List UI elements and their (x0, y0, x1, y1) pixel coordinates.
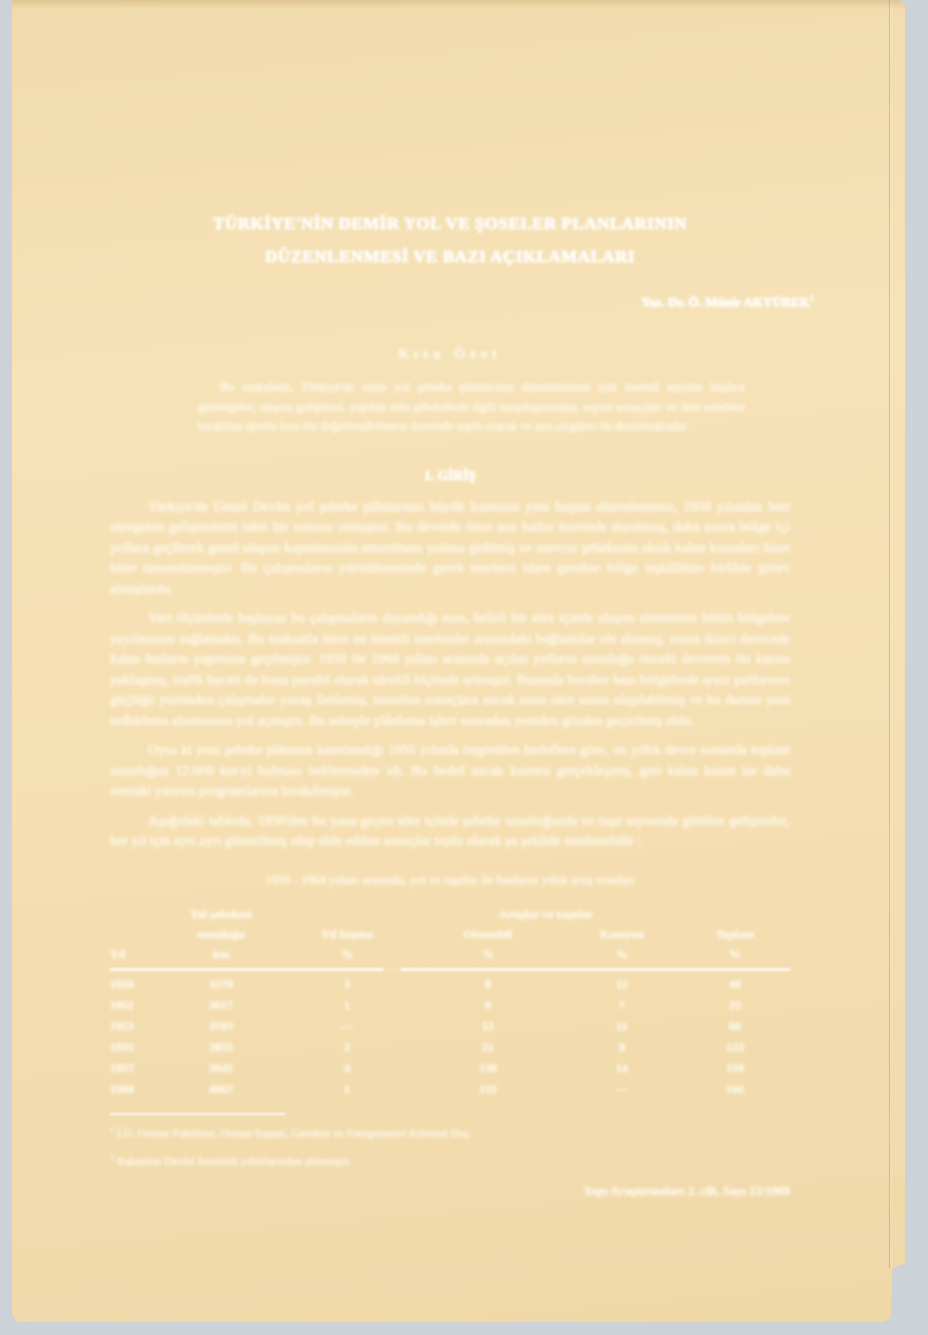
value-cell: — (564, 1079, 680, 1100)
body-paragraph-1: Türkiye'de Genel Devlet yol şebeke plânl… (110, 498, 790, 601)
value-cell: 1 (282, 995, 412, 1016)
value-cell: 9 (564, 1037, 680, 1058)
pct-unit-c6: % (680, 944, 790, 964)
table-group-header-row: Yol şebekesi Artışlar ve taşıtlar (110, 904, 790, 924)
table-header-rule (110, 968, 790, 971)
article-title-line1: TÜRKİYE'NİN DEMİR YOL VE ŞOSELER PLANLAR… (110, 207, 790, 240)
value-cell: 3 (282, 974, 412, 995)
km-cell: 3578 (160, 974, 282, 995)
table-caption: 1950 - 1964 yılları arasında, yol ve taş… (110, 873, 790, 888)
value-cell: 40 (680, 974, 790, 995)
km-cell: 3945 (160, 1058, 282, 1079)
pct-unit-c5: % (564, 944, 680, 964)
value-cell: 66 (680, 1016, 790, 1037)
col6-header: Toplam (680, 924, 790, 944)
empty-cell (282, 904, 412, 924)
value-cell: 8 (412, 974, 564, 995)
footnote-1-text: İ.Ü. Orman Fakültesi, Orman İnşaatı, Geo… (117, 1128, 473, 1140)
table-row: 1953 3703 — 12 11 66 (110, 1016, 790, 1037)
km-unit-label: km (160, 944, 282, 964)
km-cell: 4067 (160, 1079, 282, 1100)
author-line: Yaz. Dr. Ö. Münir AKYÜREK1 (110, 294, 814, 310)
table-unit-row: Yıl km % % % % (110, 944, 790, 964)
right-group-header: Artışlar ve taşıtlar (412, 904, 680, 924)
year-cell: 1950 (110, 974, 160, 995)
footnote-2: 2 Rakamlar Devlet İstatistik yıllıkların… (110, 1149, 790, 1171)
left-group-header-line2: uzunluğu (160, 924, 282, 944)
col5-header: Kamyon (564, 924, 680, 944)
value-cell: 7 (564, 995, 680, 1016)
page-crease-line (889, 0, 890, 1268)
pct-unit-c4: % (412, 944, 564, 964)
section-heading-giris: 1. GİRİŞ (110, 468, 790, 484)
footnote-1-mark: 1 (110, 1125, 114, 1134)
footnote-2-text: Rakamlar Devlet İstatistik yıllıklarında… (117, 1155, 352, 1167)
value-cell: 12 (412, 1016, 564, 1037)
author-name: Yaz. Dr. Ö. Münir AKYÜREK (641, 294, 810, 309)
year-cell: 1955 (110, 1037, 160, 1058)
year-cell: 1953 (110, 1016, 160, 1037)
value-cell: 25 (680, 995, 790, 1016)
paper-sheet: TÜRKİYE'NİN DEMİR YOL VE ŞOSELER PLANLAR… (12, 0, 905, 1322)
value-cell: 9 (412, 995, 564, 1016)
km-cell: 3855 (160, 1037, 282, 1058)
table-row: 1960 4067 1 155 — 166 (110, 1079, 790, 1100)
col4-header: Otomobil (412, 924, 564, 944)
body-paragraph-4: Aşağıdaki tabloda, 1950'den bu yana geçe… (110, 812, 790, 853)
paper-specks (12, 0, 14, 2)
author-footnote-mark: 1 (810, 294, 814, 303)
empty-cell (110, 904, 160, 924)
value-cell: 4 (282, 1058, 412, 1079)
body-paragraph-3: Oysa ki yeni şebeke plânının hazırlandığ… (110, 741, 790, 803)
left-group-header-line1: Yol şebekesi (160, 904, 282, 924)
value-cell: — (282, 1016, 412, 1037)
body-paragraph-2: Yurt ölçüsünde başlayan bu çalışmaların … (110, 609, 790, 732)
abstract-heading: Kısa Özet (110, 347, 790, 363)
article-title-line2: DÜZENLENMESİ VE BAZI AÇIKLAMALARI (110, 240, 790, 273)
empty-cell (110, 924, 160, 944)
value-cell: 21 (412, 1037, 564, 1058)
value-cell: 12 (564, 974, 680, 995)
article-content: TÜRKİYE'NİN DEMİR YOL VE ŞOSELER PLANLAR… (110, 0, 790, 1199)
year-cell: 1960 (110, 1079, 160, 1100)
statistics-table: Yol şebekesi Artışlar ve taşıtlar uzunlu… (110, 904, 790, 1100)
table-subheader-row: uzunluğu Yıl başına Otomobil Kamyon Topl… (110, 924, 790, 944)
table-row: 1955 3855 2 21 9 123 (110, 1037, 790, 1058)
value-cell: 11 (564, 1016, 680, 1037)
value-cell: 155 (412, 1079, 564, 1100)
year-cell: 1957 (110, 1058, 160, 1079)
footnote-rule (110, 1113, 285, 1115)
value-cell: 123 (680, 1037, 790, 1058)
table-row: 1950 3578 3 8 12 40 (110, 974, 790, 995)
value-cell: 159 (680, 1058, 790, 1079)
table-row: 1957 3945 4 130 14 159 (110, 1058, 790, 1079)
article-title: TÜRKİYE'NİN DEMİR YOL VE ŞOSELER PLANLAR… (110, 207, 790, 273)
value-cell: 1 (282, 1079, 412, 1100)
value-cell: 14 (564, 1058, 680, 1079)
year-column-label: Yıl (110, 944, 160, 964)
scanned-page: TÜRKİYE'NİN DEMİR YOL VE ŞOSELER PLANLAR… (0, 0, 928, 1335)
journal-citation: Yapı Araştırmaları 2. cilt, Sayı 23/1969 (110, 1184, 790, 1199)
km-cell: 3617 (160, 995, 282, 1016)
pct-unit-c3: % (282, 944, 412, 964)
value-cell: 2 (282, 1037, 412, 1058)
footnote-1: 1 İ.Ü. Orman Fakültesi, Orman İnşaatı, G… (110, 1121, 790, 1143)
empty-cell (680, 904, 790, 924)
col3-header: Yıl başına (282, 924, 412, 944)
footnote-2-mark: 2 (110, 1153, 114, 1162)
year-cell: 1951 (110, 995, 160, 1016)
value-cell: 130 (412, 1058, 564, 1079)
value-cell: 166 (680, 1079, 790, 1100)
abstract-paragraph: Bu makalede, Türkiye'de uzun yol şebeke … (198, 378, 745, 437)
table-row: 1951 3617 1 9 7 25 (110, 995, 790, 1016)
km-cell: 3703 (160, 1016, 282, 1037)
